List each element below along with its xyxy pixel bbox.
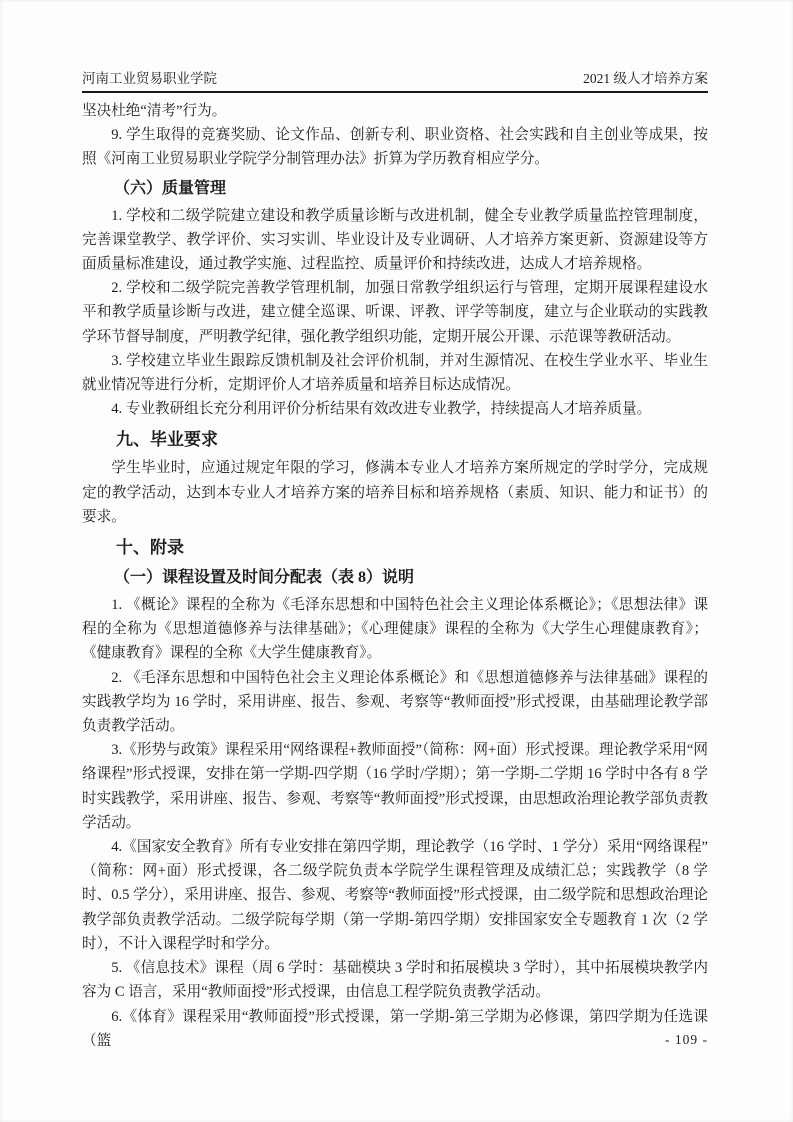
para-quality-1: 1. 学校和二级学院建立建设和教学质量诊断与改进机制，健全专业教学质量监控管理制… <box>82 204 708 277</box>
para-note-4: 4.《国家安全教育》所有专业安排在第四学期，理论教学（16 学时、1 学分）采用… <box>82 835 708 956</box>
document-body: 坚决杜绝“清考”行为。 9. 学生取得的竞赛奖励、论文作品、创新专利、职业资格、… <box>82 99 708 1053</box>
heading-graduation-requirements: 九、毕业要求 <box>82 426 708 453</box>
para-clearing-exam: 坚决杜绝“清考”行为。 <box>82 99 708 123</box>
para-note-3: 3.《形势与政策》课程采用“网络课程+教师面授”（简称：网+面）形式授课。理论教… <box>82 738 708 835</box>
para-note-5: 5. 《信息技术》课程（周 6 学时：基础模块 3 学时和拓展模块 3 学时），… <box>82 956 708 1004</box>
header-doc-title: 2021 级人才培养方案 <box>583 71 708 87</box>
para-competition-awards: 9. 学生取得的竞赛奖励、论文作品、创新专利、职业资格、社会实践和自主创业等成果… <box>82 123 708 171</box>
para-note-6: 6.《体育》课程采用“教师面授”形式授课，第一学期-第三学期为必修课，第四学期为… <box>82 1005 708 1053</box>
para-note-2: 2. 《毛泽东思想和中国特色社会主义理论体系概论》和《思想道德修养与法律基础》课… <box>82 666 708 739</box>
heading-quality-management: （六）质量管理 <box>82 176 708 202</box>
heading-course-schedule-notes: （一）课程设置及时间分配表（表 8）说明 <box>82 565 708 591</box>
heading-appendix: 十、附录 <box>82 534 708 561</box>
document-page: 河南工业贸易职业学院 2021 级人才培养方案 坚决杜绝“清考”行为。 9. 学… <box>0 0 793 1122</box>
header-school-name: 河南工业贸易职业学院 <box>82 71 217 87</box>
para-graduation-requirements: 学生毕业时，应通过规定年限的学习，修满本专业人才培养方案所规定的学时学分，完成规… <box>82 456 708 529</box>
para-quality-4: 4. 专业教研组长充分利用评价分析结果有效改进专业教学，持续提高人才培养质量。 <box>82 397 708 421</box>
para-note-1: 1. 《概论》课程的全称为《毛泽东思想和中国特色社会主义理论体系概论》；《思想法… <box>82 593 708 666</box>
para-quality-2: 2. 学校和二级学院完善教学管理机制，加强日常教学组织运行与管理，定期开展课程建… <box>82 276 708 349</box>
para-quality-3: 3. 学校建立毕业生跟踪反馈机制及社会评价机制，并对生源情况、在校生学业水平、毕… <box>82 349 708 397</box>
page-header: 河南工业贸易职业学院 2021 级人才培养方案 <box>82 71 708 93</box>
page-number: - 109 - <box>665 1032 708 1048</box>
